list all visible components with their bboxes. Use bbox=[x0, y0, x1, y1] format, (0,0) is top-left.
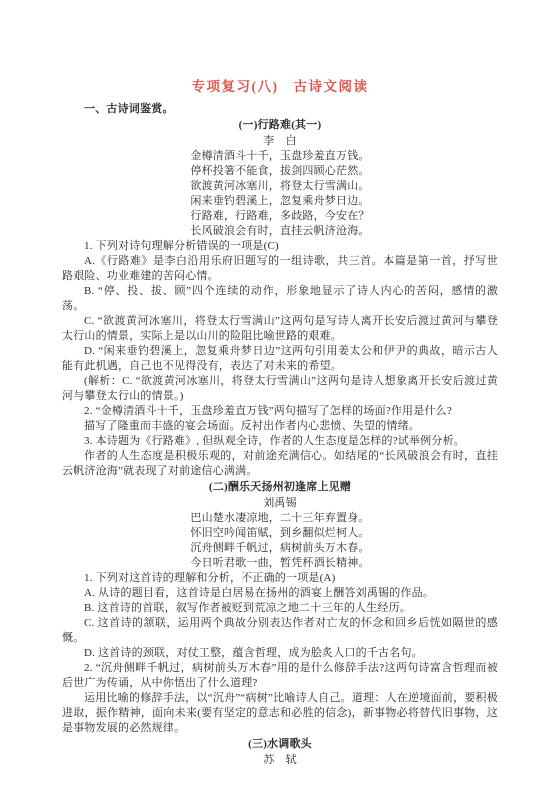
answer-text: 运用比喻的修辞手法，以“沉舟”“病树”比喻诗人自己。道理：人在逆境面前，要积极进… bbox=[62, 691, 498, 736]
question: 1. 下列对诗句理解分析错误的一项是(C) bbox=[62, 239, 498, 254]
poem-line: 行路难，行路难，多歧路，今安在？ bbox=[62, 209, 498, 224]
answer-text: 作者的人生态度是积极乐观的，对前途充满信心。如结尾的“长风破浪会有时，直挂云帆济… bbox=[62, 449, 498, 479]
poem-line: 沉舟侧畔千帆过，病树前头万木春。 bbox=[62, 541, 498, 556]
question: 2. “沉舟侧畔千帆过，病树前头万木春”用的是什么修辞手法?这两句诗富含哲理而被… bbox=[62, 661, 498, 691]
page-title: 专项复习(八) 古诗文阅读 bbox=[62, 78, 498, 95]
document-page: 专项复习(八) 古诗文阅读一、古诗词鉴赏。(一)行路难(其一)李 白金樽清酒斗十… bbox=[0, 0, 559, 800]
answer-option: A. 从诗的题目看，这首诗是白居易在扬州的酒宴上酬答刘禹锡的作品。 bbox=[62, 586, 498, 601]
poem-author: 李 白 bbox=[62, 133, 498, 149]
poem-line: 欲渡黄河冰塞川，将登太行雪满山。 bbox=[62, 179, 498, 194]
document-body: 专项复习(八) 古诗文阅读一、古诗词鉴赏。(一)行路难(其一)李 白金樽清酒斗十… bbox=[62, 78, 498, 768]
answer-option: C. “欲渡黄河冰塞川，将登太行雪满山”这两句是写诗人离开长安后渡过黄河与攀登太… bbox=[62, 314, 498, 344]
analysis-note: (解析：C. “欲渡黄河冰塞川，将登太行雪满山”这两句是诗人想象离开长安后渡过黄… bbox=[62, 374, 498, 404]
answer-option: C. 这首诗的颔联，运用两个典故分别表达作者对亡友的怀念和回乡后恍如隔世的感慨。 bbox=[62, 616, 498, 646]
section-heading: 一、古诗词鉴赏。 bbox=[62, 102, 498, 117]
poem-author: 苏 轼 bbox=[62, 752, 498, 768]
poem-line: 怀旧空吟闻笛赋，到乡翻似烂柯人。 bbox=[62, 526, 498, 541]
answer-option: B. “停、投、拔、顾”四个连续的动作，形象地显示了诗人内心的苦闷，感情的激荡。 bbox=[62, 284, 498, 314]
poem-line: 今日听君歌一曲，暂凭杯酒长精神。 bbox=[62, 556, 498, 571]
poem-line: 巴山楚水凄凉地，二十三年弃置身。 bbox=[62, 511, 498, 526]
poem-line: 金樽清酒斗十千，玉盘珍羞直万钱。 bbox=[62, 149, 498, 164]
answer-option: B. 这首诗的首联，叙写作者被贬到荒凉之地二十三年的人生经历。 bbox=[62, 601, 498, 616]
answer-option: A.《行路难》是李白沿用乐府旧题写的一组诗歌，共三首。本篇是第一首，抒写世路艰险… bbox=[62, 254, 498, 284]
question: 2. “金樽清酒斗十千，玉盘珍羞直万钱”两句描写了怎样的场面?作用是什么? bbox=[62, 404, 498, 419]
answer-option: D. “闲来垂钓碧溪上，忽复乘舟梦日边”这两句引用姜太公和伊尹的典故，暗示古人能… bbox=[62, 344, 498, 374]
poem-title: (二)酬乐天扬州初逢席上见赠 bbox=[62, 479, 498, 495]
poem-line: 闲来垂钓碧溪上，忽复乘舟梦日边。 bbox=[62, 194, 498, 209]
question: 1. 下列对这首诗的理解和分析，不正确的一项是(A) bbox=[62, 571, 498, 586]
poem-author: 刘禹锡 bbox=[62, 495, 498, 511]
poem-title: (一)行路难(其一) bbox=[62, 117, 498, 133]
poem-line: 长风破浪会有时，直挂云帆济沧海。 bbox=[62, 224, 498, 239]
answer-option: D. 这首诗的颈联，对仗工整，蕴含哲理，成为脍炙人口的千古名句。 bbox=[62, 646, 498, 661]
poem-title: (三)水调歌头 bbox=[62, 736, 498, 752]
poem-line: 停杯投箸不能食，拔剑四顾心茫然。 bbox=[62, 164, 498, 179]
answer-text: 描写了隆重而丰盛的宴会场面。反衬出作者内心悲愤、失望的情绪。 bbox=[62, 419, 498, 434]
question: 3. 本诗题为《行路难》, 但纵观全诗，作者的人生态度是怎样的?试举例分析。 bbox=[62, 434, 498, 449]
